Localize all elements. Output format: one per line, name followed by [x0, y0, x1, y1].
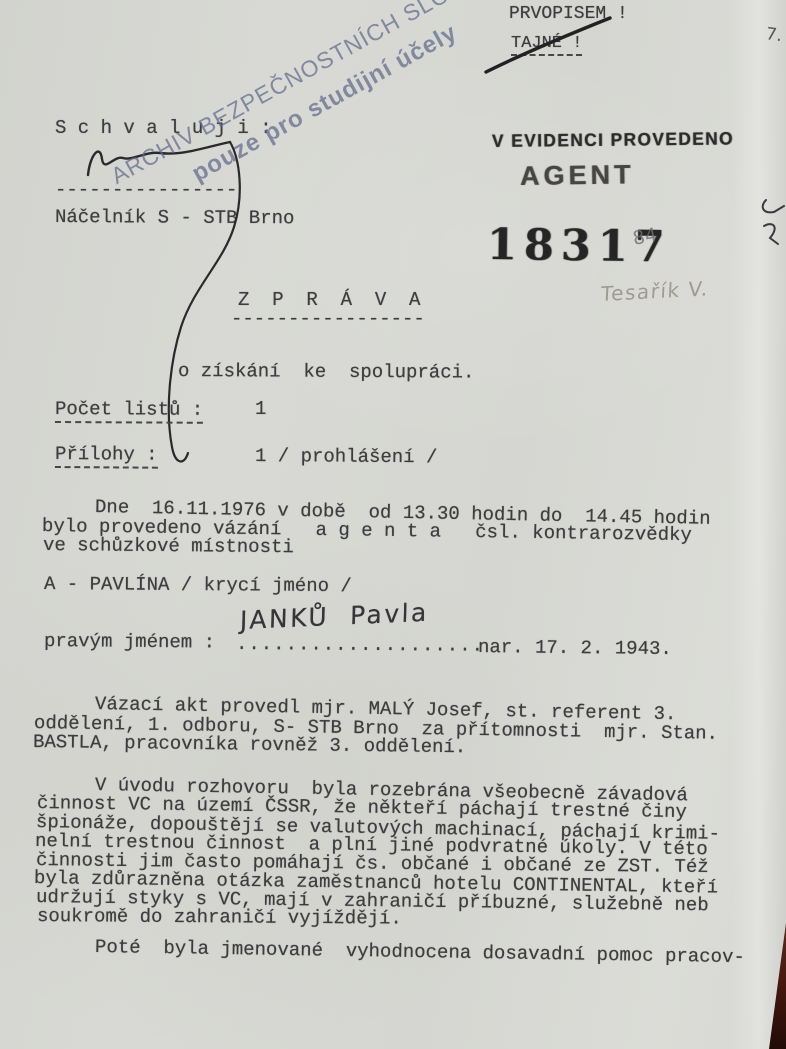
binding-corner	[769, 923, 786, 1049]
sheets-label: Počet listů :	[55, 398, 203, 424]
approval-signatory: Náčelník S - STB Brno	[55, 207, 295, 228]
real-name-label: pravým jménem :	[44, 631, 215, 652]
margin-pen-marks	[756, 192, 786, 247]
birth-note: nar. 17. 2. 1943.	[478, 637, 672, 659]
attachments-label: Přílohy :	[55, 443, 158, 469]
typed-line: Poté byla jmenované vyhodnocena dosavadn…	[95, 937, 745, 967]
report-title-dash-line: -----------------	[231, 309, 425, 329]
attachments-row: Přílohy :	[55, 444, 158, 465]
typed-line: ve schůzkové místnosti	[43, 535, 294, 557]
number-handwritten-suffix: 84	[631, 224, 659, 250]
report-subject: o získání ke spolupráci.	[178, 361, 475, 383]
evidence-stamp-line1: V EVIDENCI PROVEDENO	[492, 128, 734, 152]
cover-name-line: A - PAVLÍNA / krycí jméno /	[44, 574, 352, 596]
prvopisem-label: PRVOPISEM !	[509, 4, 628, 24]
approval-label: S c h v a l u j i :	[55, 118, 272, 138]
evidence-stamp-agent: AGENT	[520, 159, 635, 192]
tajne-label: TAJNÉ !	[511, 34, 582, 54]
real-name-handwritten: JANKŮ Pavla	[240, 598, 430, 635]
typed-line: soukromě do zahraničí vyjíždějí.	[37, 906, 402, 929]
report-title: Z P R Á V A	[238, 290, 420, 310]
approval-dash-line: ----------------	[55, 180, 237, 200]
dotted-line: ....................	[236, 634, 484, 656]
evidence-handwritten-signature: Tesařík V.	[600, 276, 709, 306]
document-page: PRVOPISEM ! TAJNÉ ! 7. S c h v a l u j i…	[0, 0, 786, 1049]
sheets-value: 1	[255, 399, 266, 419]
archive-stamp-line2: pouze pro studijní účely	[187, 0, 514, 188]
archive-stamp-line1: ARCHIV BEZPEČNOSTNÍCH SLOŽEK	[106, 0, 496, 190]
typed-line: BASTLA, pracovníka rovněž 3. oddělení.	[33, 732, 466, 757]
sheets-row: Počet listů :	[55, 399, 203, 420]
tajne-text: TAJNÉ !	[511, 34, 582, 56]
corner-handwritten-mark: 7.	[765, 24, 784, 46]
attachments-value: 1 / prohlášení /	[255, 446, 438, 467]
